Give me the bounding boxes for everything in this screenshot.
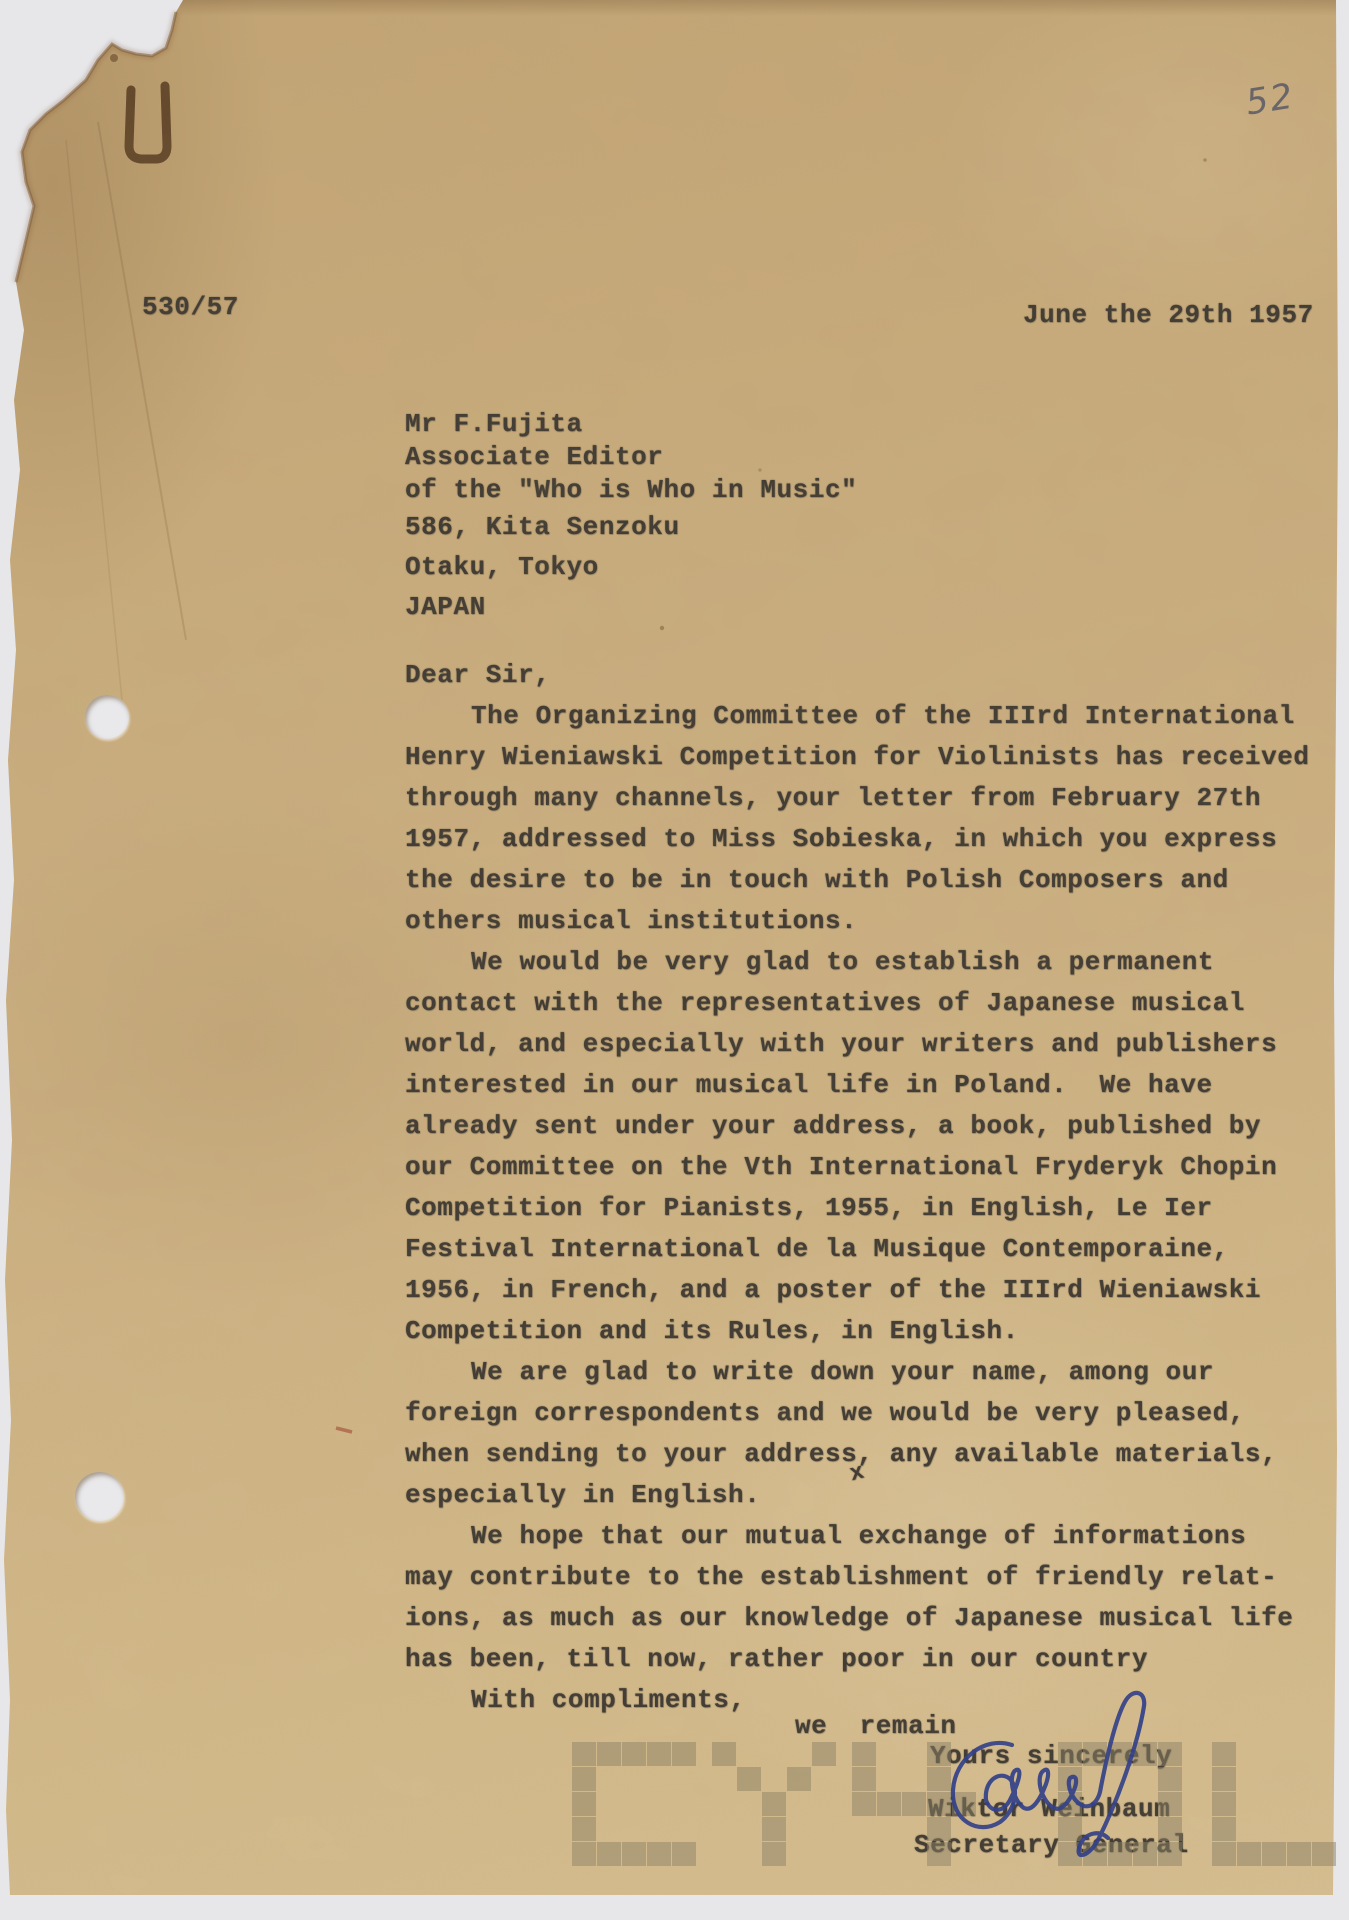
letter-line: when sending to your address, any availa… bbox=[405, 1434, 1349, 1475]
reference-number: 530/57 bbox=[142, 292, 239, 322]
watermark-block bbox=[622, 1742, 646, 1766]
watermark-block bbox=[1058, 1742, 1082, 1766]
letter-line: Festival International de la Musique Con… bbox=[405, 1229, 1349, 1270]
letter-line: the desire to be in touch with Polish Co… bbox=[405, 860, 1349, 901]
watermark-block bbox=[1083, 1842, 1107, 1866]
letter-line: Competition and its Rules, in English. bbox=[405, 1311, 1349, 1352]
letter-line: through many channels, your letter from … bbox=[405, 778, 1349, 819]
recipient-address: Mr F.FujitaAssociate Editorof the "Who i… bbox=[405, 408, 857, 627]
letter-line: already sent under your address, a book,… bbox=[405, 1106, 1349, 1147]
watermark-block bbox=[1058, 1817, 1082, 1841]
letter-line: especially in English. bbox=[405, 1475, 1349, 1516]
letter-line: Competition for Pianists, 1955, in Engli… bbox=[405, 1188, 1349, 1229]
watermark-block bbox=[1212, 1742, 1236, 1766]
watermark-block bbox=[1058, 1842, 1082, 1866]
watermark-block bbox=[927, 1767, 951, 1791]
watermark-block bbox=[712, 1742, 736, 1766]
letter-line: We hope that our mutual exchange of info… bbox=[405, 1516, 1349, 1557]
address-line: Associate Editor bbox=[405, 441, 857, 474]
address-line: JAPAN bbox=[405, 587, 857, 627]
watermark-block bbox=[1212, 1767, 1236, 1791]
letter-line: contact with the representatives of Japa… bbox=[405, 983, 1349, 1024]
watermark-block bbox=[647, 1842, 671, 1866]
watermark-block bbox=[1287, 1842, 1311, 1866]
letter-line: world, and especially with your writers … bbox=[405, 1024, 1349, 1065]
address-line: Mr F.Fujita bbox=[405, 408, 857, 441]
watermark-block bbox=[737, 1767, 761, 1791]
watermark-block bbox=[852, 1742, 876, 1766]
address-line: 586, Kita Senzoku bbox=[405, 507, 857, 547]
letter-line: our Committee on the Vth International F… bbox=[405, 1147, 1349, 1188]
watermark-block bbox=[1212, 1792, 1236, 1816]
watermark-block bbox=[572, 1742, 596, 1766]
letter-line: We would be very glad to establish a per… bbox=[405, 942, 1349, 983]
watermark-block bbox=[1133, 1842, 1157, 1866]
letter-body: Dear Sir,The Organizing Committee of the… bbox=[405, 655, 1349, 1721]
letter-line: The Organizing Committee of the IIIrd In… bbox=[405, 696, 1349, 737]
watermark-block bbox=[902, 1792, 926, 1816]
watermark-block bbox=[1158, 1792, 1182, 1816]
watermark-block bbox=[622, 1842, 646, 1866]
watermark-block bbox=[927, 1817, 951, 1841]
watermark-block bbox=[762, 1817, 786, 1841]
watermark-block bbox=[1133, 1742, 1157, 1766]
address-line: Otaku, Tokyo bbox=[405, 547, 857, 587]
watermark-block bbox=[1237, 1842, 1261, 1866]
watermark-block bbox=[1262, 1842, 1286, 1866]
watermark-block bbox=[1158, 1842, 1182, 1866]
address-line: of the "Who is Who in Music" bbox=[405, 474, 857, 507]
watermark-block bbox=[1158, 1742, 1182, 1766]
letter-line: others musical institutions. bbox=[405, 901, 1349, 942]
watermark-block bbox=[852, 1767, 876, 1791]
letter-line: may contribute to the establishment of f… bbox=[405, 1557, 1349, 1598]
punch-hole-bottom bbox=[75, 1472, 124, 1521]
date-line: June the 29th 1957 bbox=[1023, 300, 1314, 330]
watermark-block bbox=[927, 1792, 951, 1816]
scanned-letter-page: 530/57 June the 29th 1957 52 Mr F.Fujita… bbox=[0, 0, 1349, 1920]
watermark-block bbox=[852, 1792, 876, 1816]
watermark-block bbox=[927, 1842, 951, 1866]
watermark-block bbox=[762, 1792, 786, 1816]
letter-line: foreign correspondents and we would be v… bbox=[405, 1393, 1349, 1434]
watermark-block bbox=[927, 1742, 951, 1766]
salutation: Dear Sir, bbox=[405, 655, 1349, 696]
watermark-block bbox=[597, 1842, 621, 1866]
watermark-block bbox=[572, 1817, 596, 1841]
watermark-block bbox=[572, 1767, 596, 1791]
letter-line: has been, till now, rather poor in our c… bbox=[405, 1639, 1349, 1680]
watermark-block bbox=[952, 1792, 976, 1816]
watermark-block bbox=[762, 1842, 786, 1866]
letter-line: We are glad to write down your name, amo… bbox=[405, 1352, 1349, 1393]
letter-line: 1956, in French, and a poster of the III… bbox=[405, 1270, 1349, 1311]
watermark-block bbox=[1158, 1767, 1182, 1791]
watermark-block bbox=[1108, 1842, 1132, 1866]
watermark-block bbox=[647, 1742, 671, 1766]
letter-line: interested in our musical life in Poland… bbox=[405, 1065, 1349, 1106]
watermark-block bbox=[672, 1742, 696, 1766]
watermark-block bbox=[787, 1767, 811, 1791]
watermark-block bbox=[1083, 1742, 1107, 1766]
watermark-block bbox=[1212, 1842, 1236, 1866]
watermark-block bbox=[672, 1842, 696, 1866]
watermark-block bbox=[1058, 1792, 1082, 1816]
punch-hole-top bbox=[85, 695, 129, 739]
watermark-block bbox=[597, 1742, 621, 1766]
watermark-block bbox=[812, 1742, 836, 1766]
watermark-block bbox=[877, 1792, 901, 1816]
watermark-block bbox=[572, 1842, 596, 1866]
watermark-block bbox=[1058, 1767, 1082, 1791]
letter-line: Henry Wieniawski Competition for Violini… bbox=[405, 737, 1349, 778]
letter-line: ions, as much as our knowledge of Japane… bbox=[405, 1598, 1349, 1639]
letter-line: 1957, addressed to Miss Sobieska, in whi… bbox=[405, 819, 1349, 860]
watermark-block bbox=[1312, 1842, 1336, 1866]
watermark-block bbox=[1212, 1817, 1236, 1841]
pencil-note: 52 bbox=[1243, 76, 1297, 123]
watermark-block bbox=[572, 1792, 596, 1816]
watermark-block bbox=[1108, 1742, 1132, 1766]
watermark-block bbox=[1158, 1817, 1182, 1841]
